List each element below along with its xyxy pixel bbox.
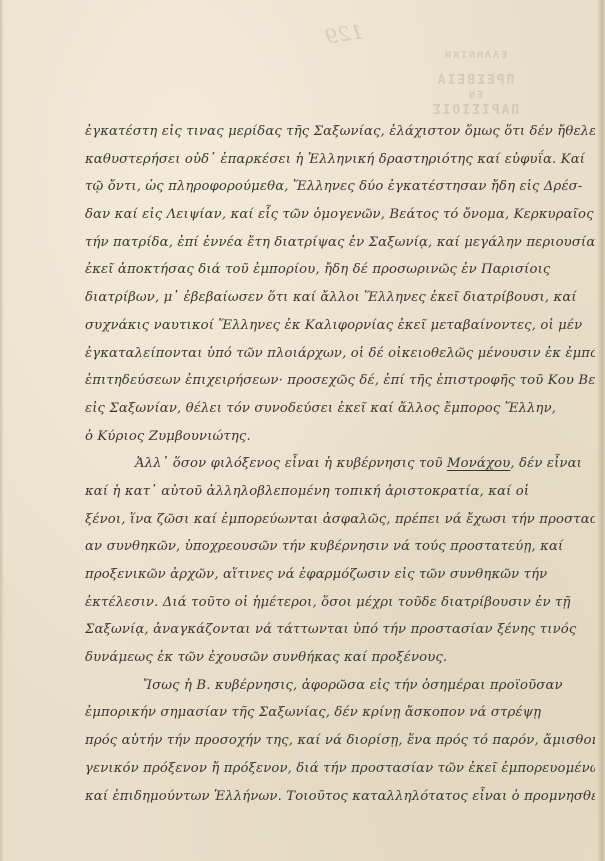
text-line: καί ἡ κατ᾽ αὐτοῦ ἀλληλοβλεπομένη τοπική … [85,478,595,506]
text-line: δυνάμεως ἐκ τῶν ἐχουσῶν συνθήκας καί προ… [85,644,595,672]
text-line: ὁ Κύριος Ζυμβουνιώτης. [85,423,595,451]
pencil-folio-number: 129 [324,19,365,48]
text-line: ἐπιτηδεύσεων ἐπιχειρήσεων· προσεχῶς δέ, … [85,367,595,395]
text-line: Σαξωνίᾳ, ἀναγκάζονται νά τάττωνται ὑπό τ… [85,616,595,644]
text-line: εἰς Σαξωνίαν, θέλει τόν συνοδεύσει ἐκεῖ … [85,395,595,423]
text-line: καί ἐπιδημούντων Ἑλλήνων. Τοιοῦτος καταλ… [85,783,595,811]
stamp-line: ΕΝ [420,90,530,101]
text-line: αν συνθηκῶν, ὑποχρεουσῶν τήν κυβέρνησιν … [85,533,595,561]
stamp-line: ΠΡΕΣΒΕΙΑ [420,73,530,88]
stamp-line: ΠΑΡΙΣΙΟΙΣ [420,103,530,118]
underlined-word: Μονάχου [447,456,510,471]
text-line: τῷ ὄντι, ὡς πληροφορούμεθα, Ἕλληνες δύο … [85,173,595,201]
text-line: ἐγκαταλείπονται ὑπό τῶν πλοιάρχων, οἱ δέ… [85,340,595,368]
paper-edge-left [0,0,4,861]
manuscript-page: 129 ΕΛΛΗΝΙΚΗ ΠΡΕΣΒΕΙΑ ΕΝ ΠΑΡΙΣΙΟΙΣ ἐγκατ… [0,0,605,861]
text-line: συχνάκις ναυτικοί Ἕλληνες ἐκ Καλιφορνίας… [85,312,595,340]
paragraph-start-line: Ἀλλ᾽ ὅσον φιλόξενος εἶναι ἡ κυβέρνησις τ… [85,450,595,478]
text-line: καθυστερήσει οὐδ᾽ ἐπαρκέσει ἡ Ἑλληνική δ… [85,146,595,174]
text-line: ἐμπορικήν σημασίαν τῆς Σαξωνίας, δέν κρί… [85,699,595,727]
paragraph-start-line: Ἴσως ἡ Β. κυβέρνησις, ἀφορῶσα εἰς τήν ὁσ… [85,672,595,700]
text-line: γενικόν πρόξενον ἤ πρόξενον, διά τήν προ… [85,755,595,783]
embassy-stamp-bleedthrough: ΕΛΛΗΝΙΚΗ ΠΡΕΣΒΕΙΑ ΕΝ ΠΑΡΙΣΙΟΙΣ [420,50,530,118]
text-line: ἐκτέλεσιν. Διά τοῦτο οἱ ἡμέτεροι, ὅσοι μ… [85,589,595,617]
paper-edge-right [597,0,605,861]
text-line: τήν πατρίδα, ἐπί ἐννέα ἔτη διατρίψας ἐν … [85,229,595,257]
text-line: δαν καί εἰς Λειψίαν, καί εἷς τῶν ὁμογενῶ… [85,201,595,229]
text-line: ἐγκατέστη εἰς τινας μερίδας τῆς Σαξωνίας… [85,118,595,146]
text-line: ξένοι, ἵνα ζῶσι καί ἐμπορεύωνται ἀσφαλῶς… [85,506,595,534]
stamp-line: ΕΛΛΗΝΙΚΗ [420,50,530,61]
text-line: ἐκεῖ ἀποκτήσας διά τοῦ ἐμπορίου, ἤδη δέ … [85,256,595,284]
text-line: διατρίβων, μ᾽ ἐβεβαίωσεν ὅτι καί ἄλλοι Ἕ… [85,284,595,312]
text-line: προξενικῶν ἀρχῶν, αἵτινες νά ἐφαρμόζωσιν… [85,561,595,589]
handwritten-text-block: ἐγκατέστη εἰς τινας μερίδας τῆς Σαξωνίας… [85,118,595,810]
text-line: πρός αὐτήν τήν προσοχήν της, καί νά διορ… [85,727,595,755]
